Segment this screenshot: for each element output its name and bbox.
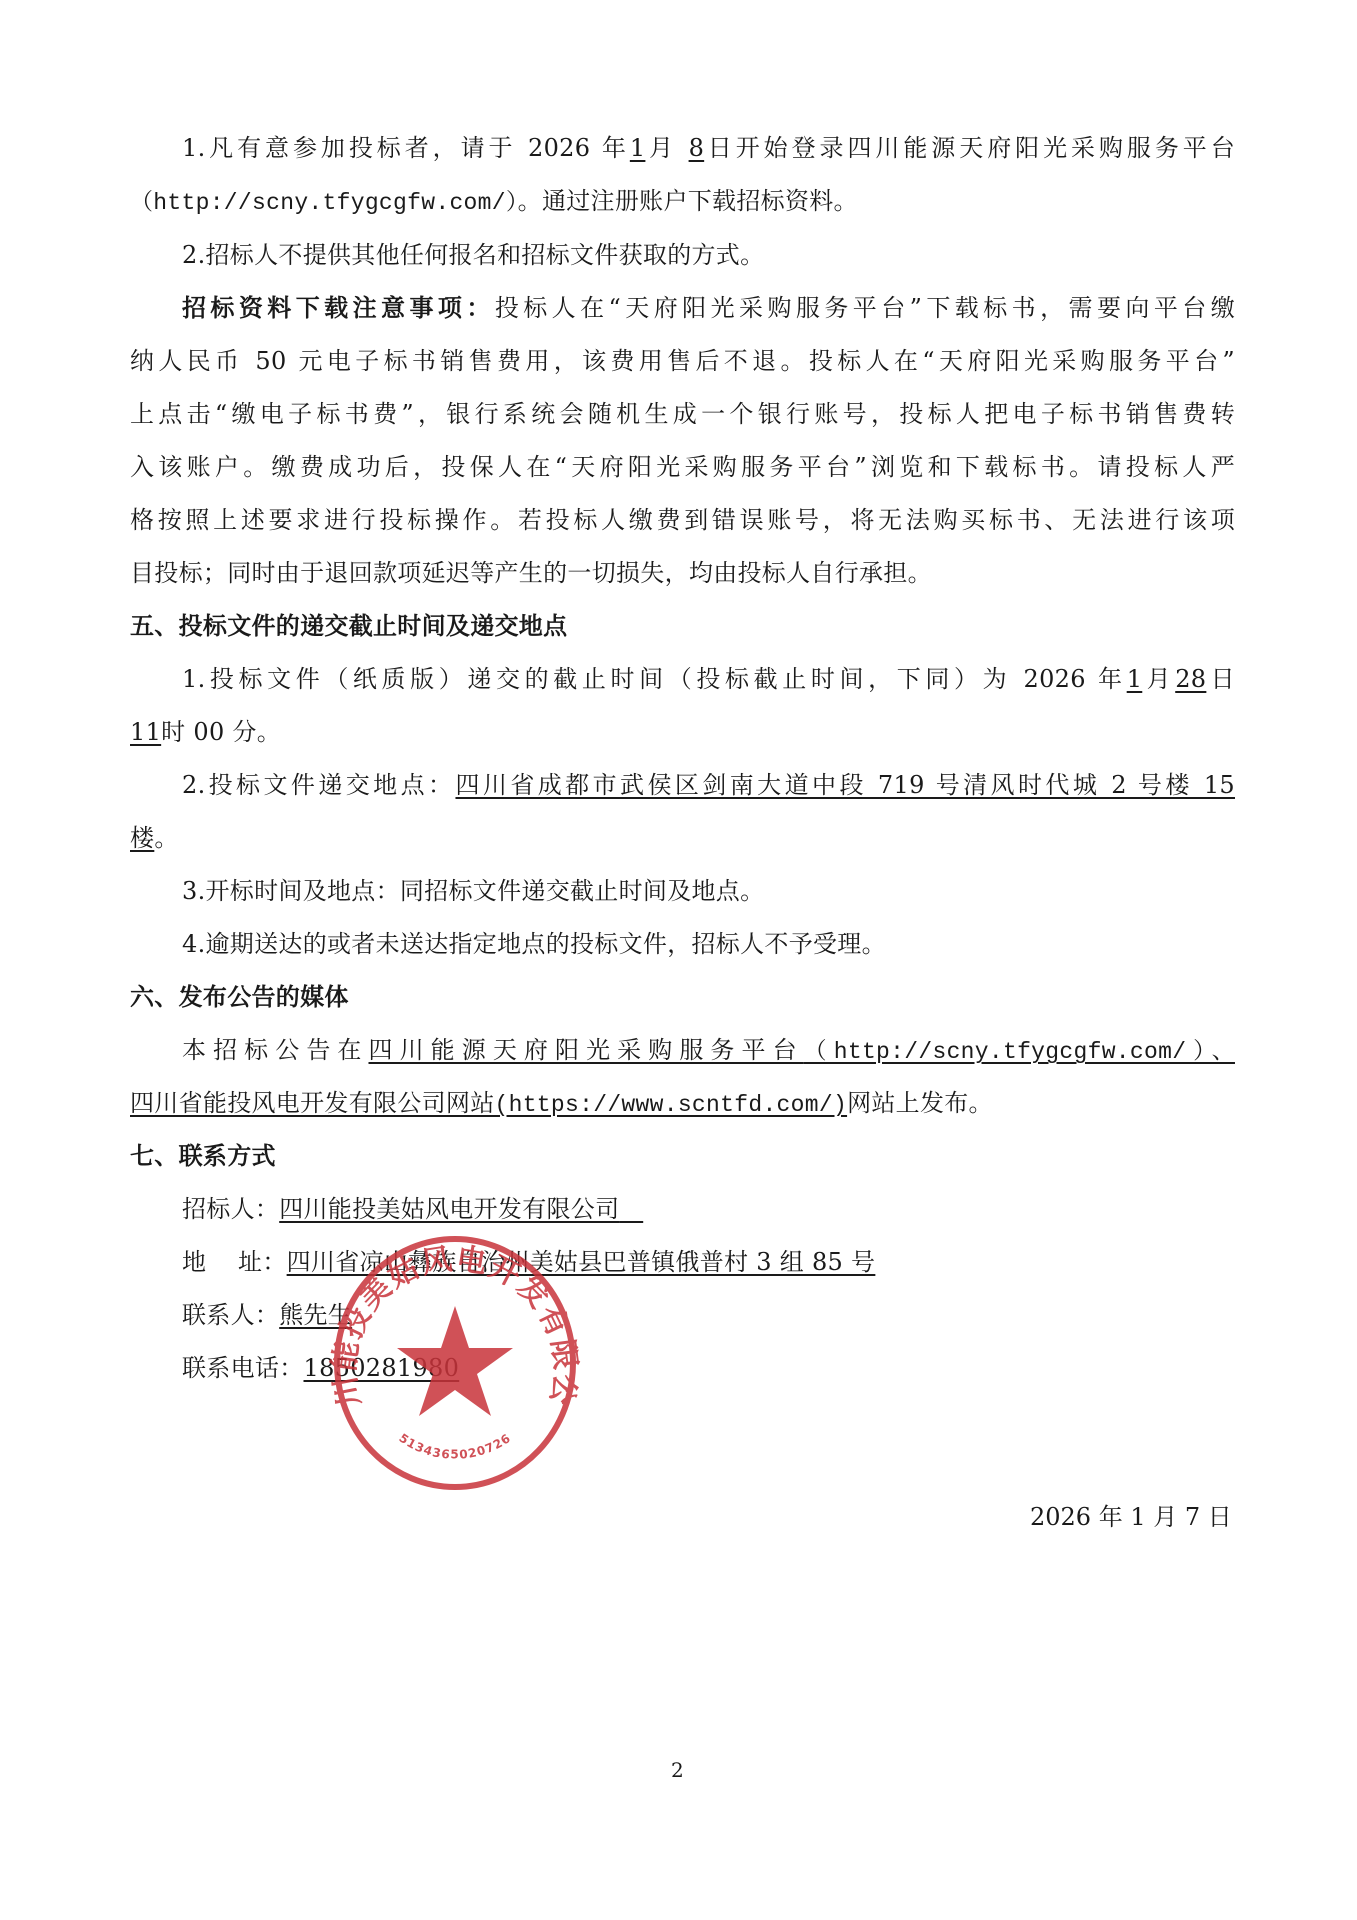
deadline-time-suffix: 时 00 分。 xyxy=(161,718,281,746)
phone-value: 1850281980 xyxy=(304,1354,460,1382)
address-value: 四川省凉山彝族自治州美姑县巴普镇俄普村 3 组 85 号 xyxy=(287,1248,876,1276)
media-suffix: 网站上发布。 xyxy=(847,1089,993,1117)
contact-value: 熊先生 xyxy=(279,1301,352,1329)
submission-address-end: 楼 xyxy=(130,824,154,852)
phone-label: 联系电话： xyxy=(182,1354,304,1382)
media-site-name: 四川省能投风电开发有限公司网站 xyxy=(130,1089,495,1117)
deadline-hour: 11 xyxy=(130,718,161,746)
para-1-line-1: 1.凡有意参加投标者，请于 2026 年1月 8日开始登录四川能源天府阳光采购服… xyxy=(130,133,1235,163)
notice-line-3: 上点击“缴电子标书费”，银行系统会随机生成一个银行账号，投标人把电子标书销售费转 xyxy=(130,399,1235,429)
notice-label: 招标资料下载注意事项： xyxy=(182,294,495,322)
address-row: 地 址：四川省凉山彝族自治州美姑县巴普镇俄普村 3 组 85 号 xyxy=(130,1247,1235,1277)
media-prefix: 本招标公告在 xyxy=(182,1036,369,1064)
page-number: 2 xyxy=(671,1758,684,1782)
media-platform-url: （http://scny.tfygcgfw.com/）、 xyxy=(804,1039,1235,1065)
para-1-line-2: （http://scny.tfygcgfw.com/）。通过注册账户下载招标资料… xyxy=(130,186,1235,218)
section-7-heading: 七、联系方式 xyxy=(130,1141,1235,1171)
deadline-day: 28 xyxy=(1175,665,1206,693)
media-site-url: (https://www.scntfd.com/) xyxy=(495,1092,848,1118)
section-6-line-1: 本招标公告在四川能源天府阳光采购服务平台（http://scny.tfygcgf… xyxy=(130,1035,1235,1067)
section-5-item-1-line-1: 1.投标文件（纸质版）递交的截止时间（投标截止时间，下同）为 2026 年1月2… xyxy=(130,664,1235,694)
address-label: 地 址： xyxy=(182,1248,287,1276)
para-2: 2.招标人不提供其他任何报名和招标文件获取的方式。 xyxy=(130,240,1235,270)
deadline-month-unit: 月 xyxy=(1142,665,1175,693)
section-5-item-3: 3.开标时间及地点：同招标文件递交截止时间及地点。 xyxy=(130,876,1235,906)
tenderer-label: 招标人： xyxy=(182,1195,279,1223)
para-1-month-unit: 月 xyxy=(645,134,677,162)
document-page: 1.凡有意参加投标者，请于 2026 年1月 8日开始登录四川能源天府阳光采购服… xyxy=(0,0,1357,1920)
submission-address-period: 。 xyxy=(154,824,178,852)
para-1-month: 1 xyxy=(630,134,646,162)
media-site-link[interactable]: 四川省能投风电开发有限公司网站(https://www.scntfd.com/) xyxy=(130,1089,847,1117)
document-date: 2026 年 1 月 7 日 xyxy=(1030,1502,1232,1532)
para-1-prefix: 1.凡有意参加投标者，请于 2026 年 xyxy=(182,134,630,162)
svg-text:5134365020726: 5134365020726 xyxy=(396,1431,513,1462)
notice-line-2: 纳人民币 50 元电子标书销售费用，该费用售后不退。投标人在“天府阳光采购服务平… xyxy=(130,346,1235,376)
tenderer-value: 四川能投美姑风电开发有限公司 xyxy=(279,1195,619,1223)
contact-label: 联系人： xyxy=(182,1301,279,1329)
section-5-item-2-line-2: 楼。 xyxy=(130,823,1235,853)
section-5-item-1-line-2: 11时 00 分。 xyxy=(130,717,1235,747)
section-5-item-4: 4.逾期送达的或者未送达指定地点的投标文件，招标人不予受理。 xyxy=(130,929,1235,959)
phone-row: 联系电话：1850281980 xyxy=(130,1353,1235,1383)
contact-row: 联系人：熊先生 xyxy=(130,1300,1235,1330)
section-6-heading: 六、发布公告的媒体 xyxy=(130,982,1235,1012)
tenderer-row: 招标人：四川能投美姑风电开发有限公司 xyxy=(130,1194,1235,1224)
platform-url-text: （http://scny.tfygcgfw.com/） xyxy=(130,190,518,216)
para-1-day: 8 xyxy=(689,134,705,162)
submission-location-label: 2.投标文件递交地点： xyxy=(182,771,455,799)
notice-line-1: 招标资料下载注意事项：投标人在“天府阳光采购服务平台”下载标书，需要向平台缴 xyxy=(130,293,1235,323)
para-1-line-2-text: 。通过注册账户下载招标资料。 xyxy=(518,187,858,215)
section-5-item-2-line-1: 2.投标文件递交地点：四川省成都市武侯区剑南大道中段 719 号清风时代城 2 … xyxy=(130,770,1235,800)
media-platform-name: 四川能源天府阳光采购服务平台 xyxy=(369,1036,804,1064)
submission-address: 四川省成都市武侯区剑南大道中段 719 号清风时代城 2 号楼 15 xyxy=(455,771,1235,799)
para-1-suffix: 日开始登录四川能源天府阳光采购服务平台 xyxy=(704,134,1235,162)
section-5-heading: 五、投标文件的递交截止时间及递交地点 xyxy=(130,611,1235,641)
deadline-prefix: 1.投标文件（纸质版）递交的截止时间（投标截止时间，下同）为 2026 年 xyxy=(182,665,1127,693)
deadline-day-unit: 日 xyxy=(1206,665,1235,693)
notice-text: 投标人在“天府阳光采购服务平台”下载标书，需要向平台缴 xyxy=(495,294,1235,322)
notice-line-5: 格按照上述要求进行投标操作。若投标人缴费到错误账号，将无法购买标书、无法进行该项 xyxy=(130,505,1235,535)
notice-line-4: 入该账户。缴费成功后，投保人在“天府阳光采购服务平台”浏览和下载标书。请投标人严 xyxy=(130,452,1235,482)
notice-line-6: 目投标；同时由于退回款项延迟等产生的一切损失，均由投标人自行承担。 xyxy=(130,558,1235,588)
deadline-month: 1 xyxy=(1127,665,1143,693)
section-6-line-2: 四川省能投风电开发有限公司网站(https://www.scntfd.com/)… xyxy=(130,1088,1235,1120)
media-platform-link[interactable]: 四川能源天府阳光采购服务平台（http://scny.tfygcgfw.com/… xyxy=(369,1036,1235,1064)
